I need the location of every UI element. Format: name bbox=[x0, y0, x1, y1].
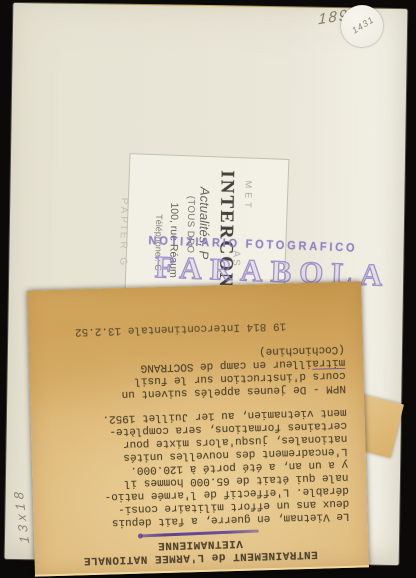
round-archive-sticker: 1431 bbox=[341, 5, 383, 47]
label-caption-paragraph: NPM - De jeunes appelés suivent un cours… bbox=[45, 342, 346, 402]
sticker-number: 1431 bbox=[350, 14, 376, 35]
label-reference-line: 19 814 Intercontinentale 13.2.52 bbox=[44, 319, 286, 339]
scan-background: { "scene": "Back of a vintage press phot… bbox=[0, 0, 416, 578]
faint-stamp-fragment: MET bbox=[243, 181, 253, 212]
underlined-word: cours bbox=[312, 368, 345, 382]
caption-label: ENTRAINEMENT de L'ARMEE NATIONALE VIETNA… bbox=[27, 281, 369, 576]
label-body-paragraph: Le Vietnam, en guerre, a fait depuis deu… bbox=[47, 405, 350, 530]
caption-label-content: ENTRAINEMENT de L'ARMEE NATIONALE VIETNA… bbox=[28, 309, 369, 575]
photo-paper-watermark: PAPIER G bbox=[117, 198, 129, 269]
